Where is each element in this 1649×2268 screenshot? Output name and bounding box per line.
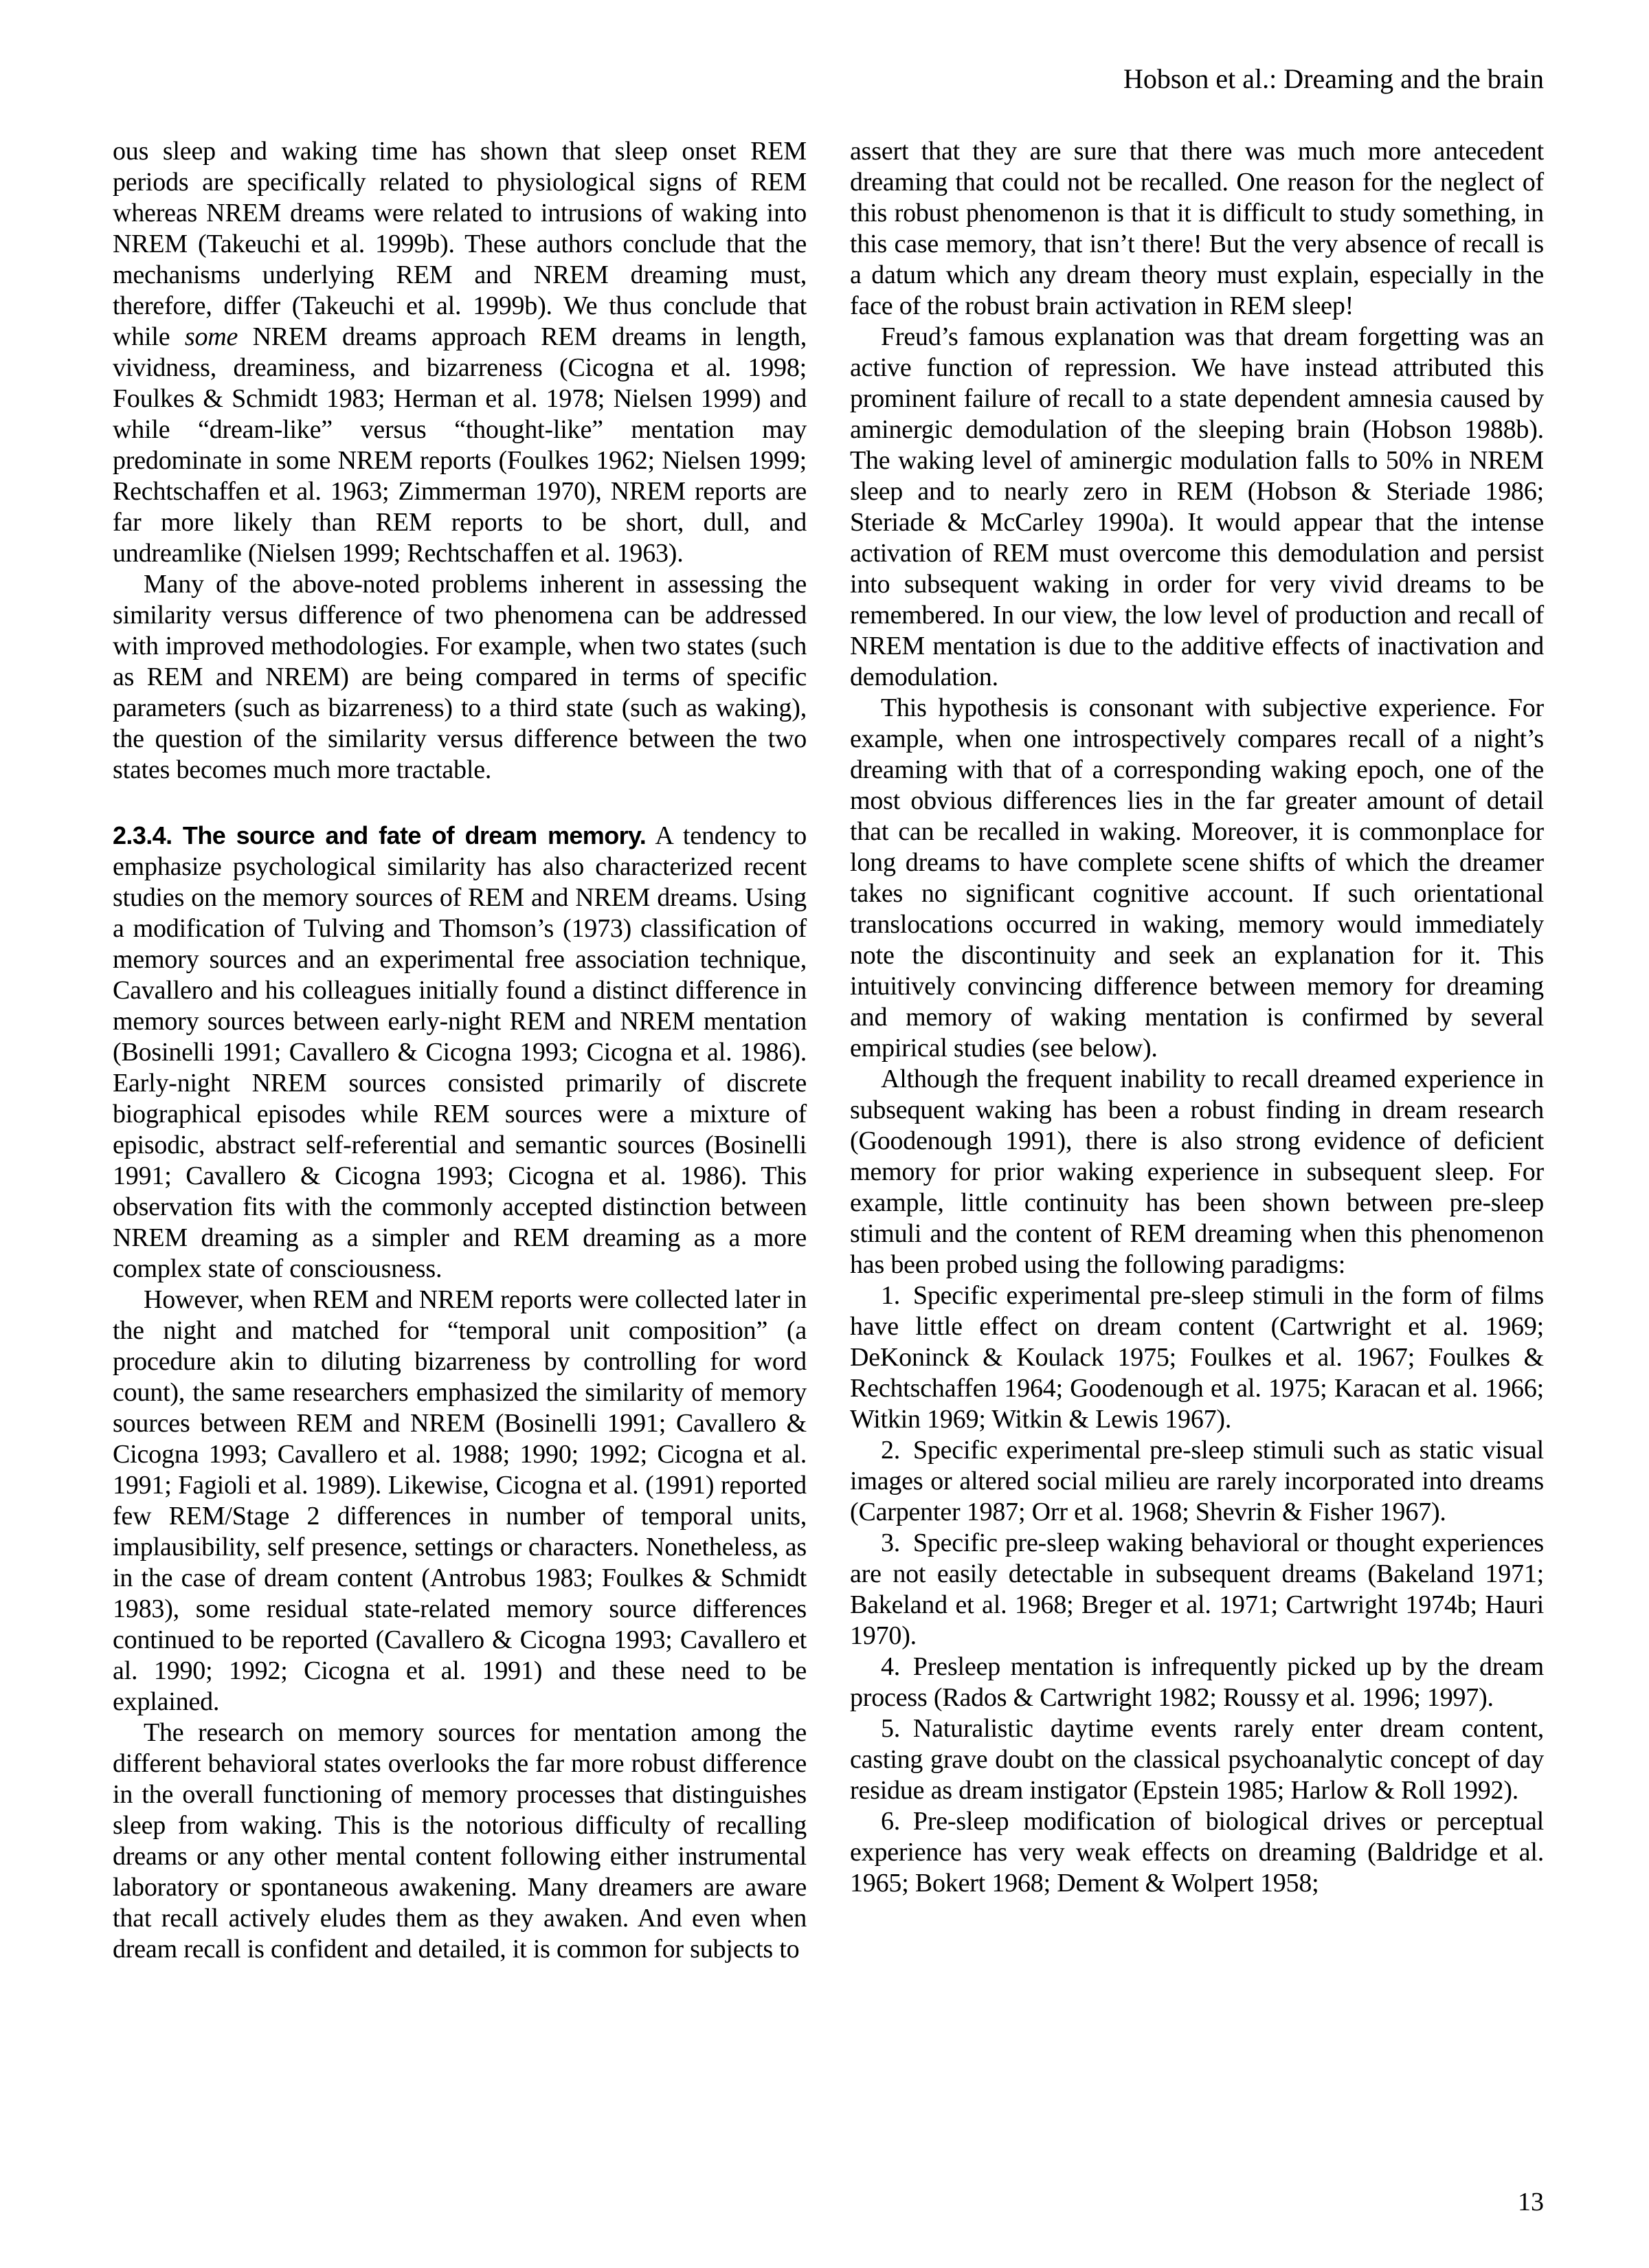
text-run: A tendency to emphasize psychological si… (113, 821, 807, 1283)
section-paragraph: 2.3.4. The source and fate of dream memo… (113, 820, 807, 1285)
text-run: ous sleep and waking time has shown that… (113, 137, 807, 351)
text-run: 6. Pre-sleep modification of biological … (850, 1807, 1544, 1898)
text-run: The research on memory sources for menta… (113, 1718, 807, 1964)
paragraph: However, when REM and NREM reports were … (113, 1285, 807, 1717)
emphasized-text: some (185, 322, 238, 351)
page-number: 13 (850, 2187, 1544, 2218)
running-head: Hobson et al.: Dreaming and the brain (850, 63, 1544, 95)
text-run: Although the frequent inability to recal… (850, 1065, 1544, 1279)
paragraph: This hypothesis is consonant with subjec… (850, 693, 1544, 1064)
text-run: 5. Naturalistic daytime events rarely en… (850, 1714, 1544, 1805)
text-run: 2. Specific experimental pre-sleep stimu… (850, 1436, 1544, 1526)
section-heading: 2.3.4. The source and fate of dream memo… (113, 821, 646, 849)
paragraph: Freud’s famous explanation was that drea… (850, 322, 1544, 693)
list-item: 6. Pre-sleep modification of biological … (850, 1806, 1544, 1899)
text-run: assert that they are sure that there was… (850, 137, 1544, 320)
list-item: 1. Specific experimental pre-sleep stimu… (850, 1280, 1544, 1435)
text-run: Many of the above-noted problems inheren… (113, 570, 807, 784)
text-run: 1. Specific experimental pre-sleep stimu… (850, 1281, 1544, 1434)
paragraph-continuation: assert that they are sure that there was… (850, 136, 1544, 322)
text-run: 3. Specific pre-sleep waking behavioral … (850, 1528, 1544, 1650)
paragraph: Many of the above-noted problems inheren… (113, 569, 807, 786)
journal-page: Hobson et al.: Dreaming and the brain ou… (0, 0, 1649, 2268)
left-column: ous sleep and waking time has shown that… (113, 136, 807, 1965)
list-item: 5. Naturalistic daytime events rarely en… (850, 1713, 1544, 1806)
text-run: However, when REM and NREM reports were … (113, 1285, 807, 1716)
paragraph: The research on memory sources for menta… (113, 1717, 807, 1965)
two-column-body: ous sleep and waking time has shown that… (113, 136, 1544, 1965)
text-run: NREM dreams approach REM dreams in lengt… (113, 322, 807, 568)
text-run: 4. Presleep mentation is infrequently pi… (850, 1652, 1544, 1712)
paragraph: Although the frequent inability to recal… (850, 1064, 1544, 1280)
paragraph-continuation: ous sleep and waking time has shown that… (113, 136, 807, 569)
text-run: Freud’s famous explanation was that drea… (850, 322, 1544, 691)
list-item: 3. Specific pre-sleep waking behavioral … (850, 1528, 1544, 1652)
text-run: This hypothesis is consonant with subjec… (850, 693, 1544, 1063)
right-column: assert that they are sure that there was… (850, 136, 1544, 1965)
list-item: 4. Presleep mentation is infrequently pi… (850, 1652, 1544, 1713)
list-item: 2. Specific experimental pre-sleep stimu… (850, 1435, 1544, 1528)
